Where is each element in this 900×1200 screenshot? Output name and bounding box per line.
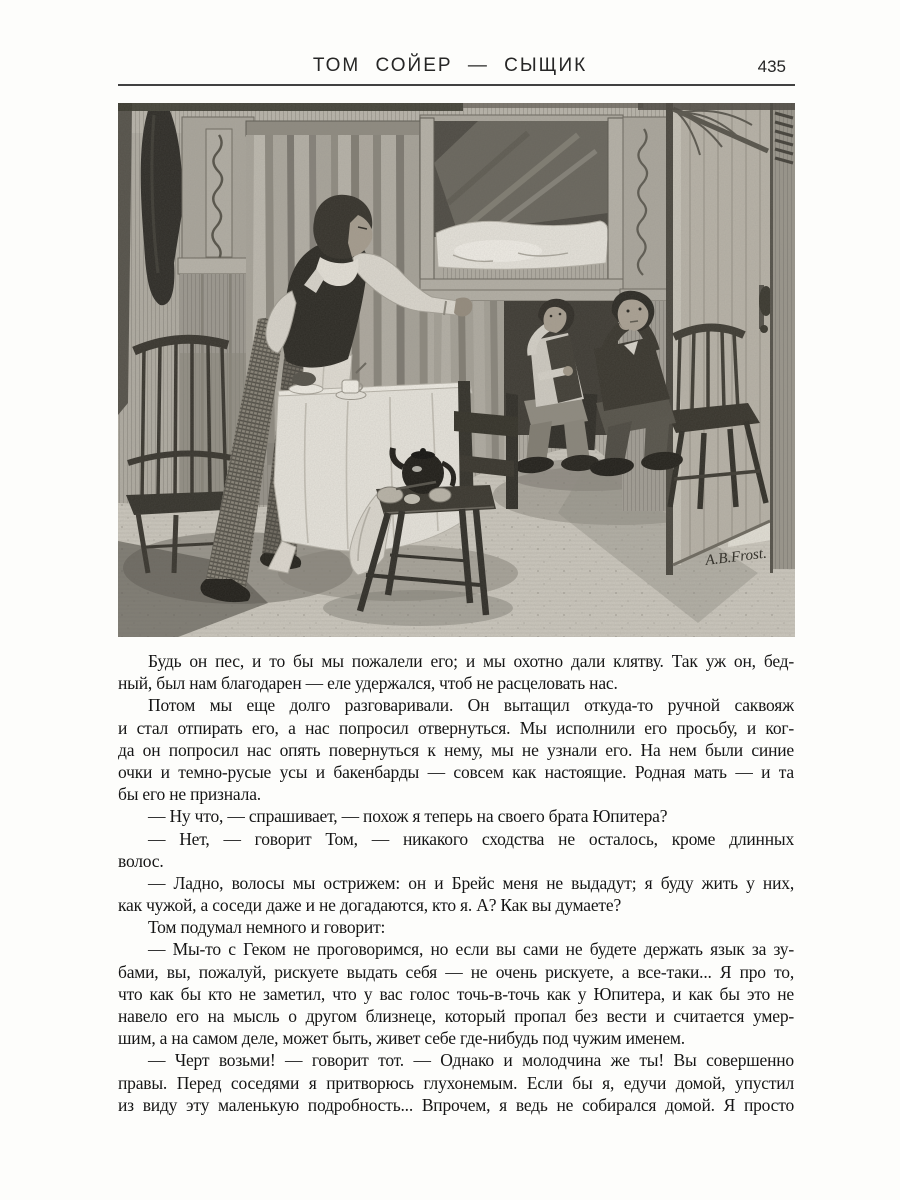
text-line: — Мы-то с Геком не проговоримся, но если…: [118, 938, 794, 960]
book-page: ТОМ СОЙЕР — СЫЩИК 435: [0, 0, 900, 1200]
text-line: шим, а на самом деле, может быть, живет …: [118, 1027, 794, 1049]
page-number: 435: [758, 57, 786, 77]
body-text: Будь он пес, и то бы мы пожалели его; и …: [118, 650, 794, 1116]
text-line: — Ладно, волосы мы острижем: он и Брейс …: [118, 872, 794, 894]
text-line: Будь он пес, и то бы мы пожалели его; и …: [118, 650, 794, 672]
text-line: ный, был нам благодарен — еле удержался,…: [118, 672, 794, 694]
text-line: из виду эту маленькую подробность... Впр…: [118, 1094, 794, 1116]
text-line: бы его не признала.: [118, 783, 794, 805]
text-line: как чужой, а соседи даже и не догадаются…: [118, 894, 794, 916]
text-line: да он попросил нас опять повернуться к н…: [118, 739, 794, 761]
text-line: — Ну что, — спрашивает, — похож я теперь…: [118, 805, 794, 827]
text-line: очки и темно-русые усы и бакенбарды — со…: [118, 761, 794, 783]
grain-overlay: [118, 103, 795, 637]
text-line: и стал отпирать его, а нас попросил отве…: [118, 717, 794, 739]
text-line: — Черт возьми! — говорит тот. — Однако и…: [118, 1049, 794, 1071]
text-line: бами, вы, пожалуй, рискуете выдать себя …: [118, 961, 794, 983]
text-line: навело его на мысль о другом близнеце, к…: [118, 1005, 794, 1027]
engraving-svg: A.B.Frost.: [118, 103, 795, 637]
text-line: — Нет, — говорит Том, — никакого сходств…: [118, 828, 794, 850]
text-line: правы. Перед соседями я притворюсь глухо…: [118, 1072, 794, 1094]
text-line: волос.: [118, 850, 794, 872]
text-line: Потом мы еще долго разговаривали. Он выт…: [118, 694, 794, 716]
text-line: Том подумал немного и говорит:: [118, 916, 794, 938]
header-rule: [118, 84, 795, 86]
illustration-engraving: A.B.Frost.: [118, 103, 795, 637]
text-line: что как бы кто не заметил, что у вас гол…: [118, 983, 794, 1005]
